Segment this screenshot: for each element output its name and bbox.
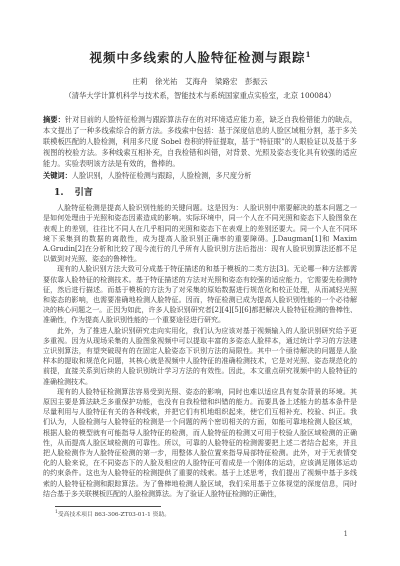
- intro-paragraph-4: 现有的人脸特征检测算法容易受到光照、姿态的影响，同时也难以适应具有复杂背景的环境…: [43, 387, 357, 499]
- intro-paragraph-1: 人脸特征检测是提高人脸识别性能的关键问题。这是因为：人脸识别中需要解决的基本问题…: [43, 203, 357, 264]
- intro-paragraph-3: 此外，为了推进人脸识别研究走向实用化，我们认为应该对基于视频输入的人脸识别研究给…: [43, 326, 357, 387]
- footnote-text: 受高技术项目 863-306-ZT03-01-1 资助。: [58, 512, 170, 518]
- footnote-divider: [55, 506, 161, 507]
- section-heading-introduction: 1.引言: [43, 187, 357, 199]
- footnote-block: 1受高技术项目 863-306-ZT03-01-1 资助。: [43, 506, 357, 519]
- authors-line: 庄莉 徐光祐 艾海舟 梁路宏 彭振云: [43, 77, 357, 86]
- section-title: 引言: [75, 187, 93, 198]
- page-number: 1: [344, 530, 348, 538]
- affiliation-line: （清华大学计算机科学与技术系，智能技术与系统国家重点实验室，北京 100084）: [43, 91, 357, 100]
- paper-title-text: 视频中多线索的人脸特征检测与跟踪: [90, 50, 306, 65]
- keywords: 关键词：人脸识别，人脸特征检测与跟踪，人脸检测，多尺度分析: [43, 170, 357, 181]
- title-footnote-marker: 1: [306, 50, 311, 59]
- footnote: 1受高技术项目 863-306-ZT03-01-1 资助。: [43, 509, 357, 519]
- abstract-text: 针对目前的人脸特征检测与跟踪算法存在的对环境适应能力差，缺乏自我检错能力的缺点，…: [43, 115, 357, 168]
- paper-title: 视频中多线索的人脸特征检测与跟踪1: [43, 47, 357, 65]
- abstract-label: 摘要：: [43, 115, 65, 124]
- section-number: 1.: [54, 187, 64, 198]
- keywords-label: 关键词：: [43, 171, 72, 180]
- abstract: 摘要：针对目前的人脸特征检测与跟踪算法存在的对环境适应能力差，缺乏自我检错能力的…: [43, 114, 357, 169]
- intro-paragraph-2: 现有的人脸识别方法大致可分成基于特征描述的和基于模板的二类方法[3]。无论哪一种…: [43, 264, 357, 325]
- paper-page: 视频中多线索的人脸特征检测与跟踪1 庄莉 徐光祐 艾海舟 梁路宏 彭振云 （清华…: [0, 0, 400, 566]
- keywords-text: 人脸识别，人脸特征检测与跟踪，人脸检测，多尺度分析: [72, 171, 252, 180]
